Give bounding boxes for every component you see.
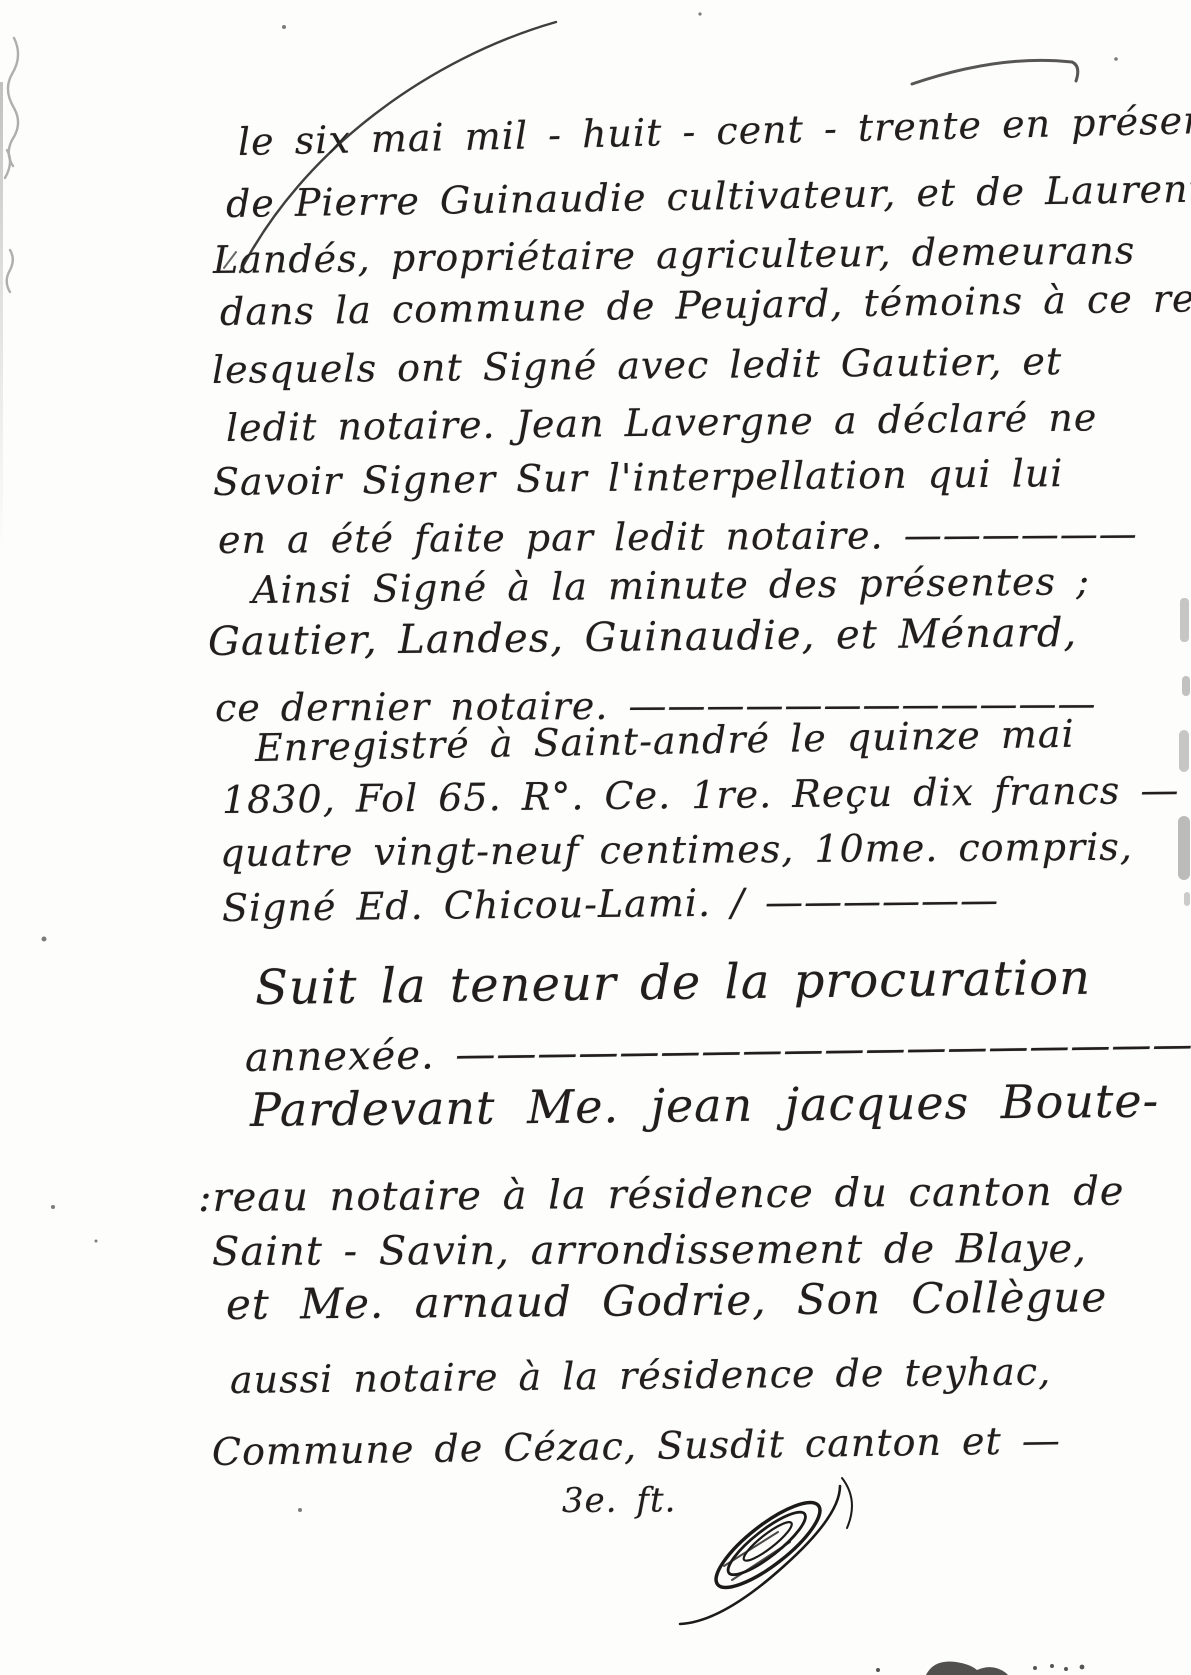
manuscript-line: Commune de Cézac, Susdit canton et — (212, 1420, 1061, 1474)
manuscript-line: Pardevant Me. jean jacques Boute- (250, 1075, 1160, 1135)
manuscript-line: aussi notaire à la résidence de teyhac, (230, 1351, 1052, 1401)
bottom-edge-blob (926, 1662, 1010, 1675)
manuscript-line: lesquels ont Signé avec ledit Gautier, e… (212, 341, 1063, 392)
edge-smudges-right (1178, 598, 1190, 906)
manuscript-line: Signé Ed. Chicou-Lami. / —————— (222, 880, 999, 930)
pen-swash-top-right (912, 60, 1078, 84)
manuscript-line: en a été faite par ledit notaire. —————— (218, 514, 1138, 562)
manuscript-line: dans la commune de Peujard, témoins à ce… (220, 277, 1191, 334)
manuscript-line: de Pierre Guinaudie cultivateur, et de L… (226, 169, 1191, 226)
bottom-edge-dots (876, 1664, 1084, 1672)
manuscript-line: le six mai mil - huit - cent - trente en… (238, 99, 1191, 164)
manuscript-line: Savoir Signer Sur l'interpellation qui l… (213, 453, 1064, 504)
manuscript-line: Suit la teneur de la procuration (255, 952, 1092, 1015)
manuscript-line: quatre vingt-neuf centimes, 10me. compri… (220, 827, 1133, 875)
manuscript-line: 1830, Fol 65. R°. Ce. 1re. Reçu dix fran… (222, 770, 1180, 822)
manuscript-line: Saint - Savin, arrondissement de Blaye, (212, 1227, 1087, 1274)
manuscript-page: le six mai mil - huit - cent - trente en… (0, 0, 1191, 1675)
manuscript-line: :reau notaire à la résidence du canton d… (198, 1170, 1125, 1220)
manuscript-line: Landés, propriétaire agriculteur, demeur… (213, 230, 1136, 281)
manuscript-line: 3e. ft. (562, 1482, 677, 1520)
manuscript-line: Ainsi Signé à la minute des présentes ; (252, 561, 1090, 612)
margin-marks-left (5, 38, 18, 292)
manuscript-line: ledit notaire. Jean Lavergne a déclaré n… (226, 397, 1098, 449)
notary-paraph (680, 1478, 852, 1624)
manuscript-line: annexée. —————————————————— (245, 1023, 1191, 1080)
manuscript-line: Gautier, Landes, Guinaudie, et Ménard, (208, 611, 1078, 664)
scan-edge-shadow-left (0, 82, 3, 552)
manuscript-line: et Me. arnaud Godrie, Son Collègue (226, 1274, 1108, 1328)
